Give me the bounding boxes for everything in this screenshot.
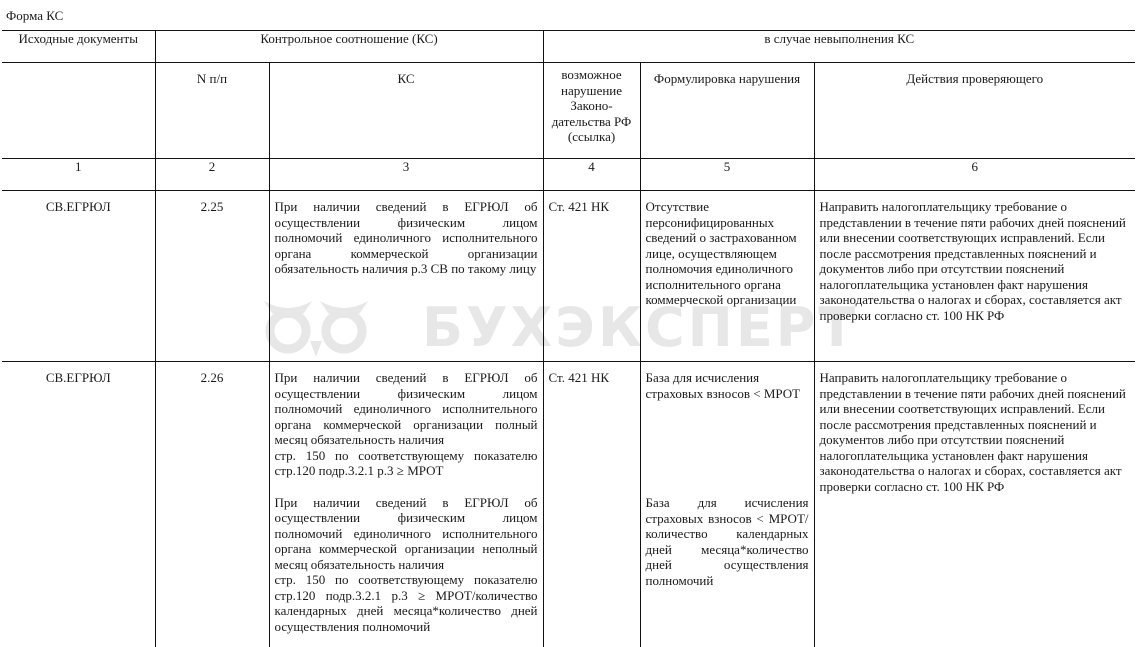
source-text: СВ.ЕГРЮЛ xyxy=(2,362,155,386)
ks-text: При наличии сведений в ЕГРЮЛ об осуществ… xyxy=(270,191,543,277)
ks-text-block: При наличии сведений в ЕГРЮЛ об осуществ… xyxy=(270,362,543,634)
header-actions-label: Действия проверяющего xyxy=(815,63,1136,87)
formulation-text: Отсутствие персонифицированных сведений … xyxy=(641,191,814,308)
spacer xyxy=(275,479,538,495)
violation-text: Ст. 421 НК xyxy=(544,191,640,215)
column-number: 5 xyxy=(640,159,814,191)
formulation-cell: База для исчисления страховых взносов < … xyxy=(640,362,814,647)
violation-cell: Ст. 421 НК xyxy=(543,362,640,647)
header-if-not-fulfilled: в случае невыполнения КС xyxy=(543,31,1135,63)
control-ratio-table: Исходные документы Контрольное соотношен… xyxy=(2,30,1135,647)
ks-text: При наличии сведений в ЕГРЮЛ об осуществ… xyxy=(275,370,538,448)
violation-text: Ст. 421 НК xyxy=(544,362,640,386)
source-text: СВ.ЕГРЮЛ xyxy=(2,191,155,215)
header-formulation-label: Формулировка нарушения xyxy=(641,63,814,87)
source-cell: СВ.ЕГРЮЛ xyxy=(2,362,155,647)
header-ks: КС xyxy=(269,63,543,159)
n-text: 2.26 xyxy=(156,362,269,386)
table-row: СВ.ЕГРЮЛ 2.26 При наличии сведений в ЕГР… xyxy=(2,362,1135,647)
formulation-text: База для исчисления страховых взносов < … xyxy=(646,370,809,401)
source-cell: СВ.ЕГРЮЛ xyxy=(2,191,155,362)
header-violation-label: возможное нарушение Законо-дательства РФ… xyxy=(544,63,640,145)
column-number: 1 xyxy=(2,159,155,191)
header-n-label: N п/п xyxy=(156,63,269,87)
formulation-block: База для исчисления страховых взносов < … xyxy=(641,362,814,588)
header-ks-label: КС xyxy=(270,63,543,87)
ks-formula: стр. 150 по соответствующему показателю … xyxy=(275,572,538,634)
header-formulation: Формулировка нарушения xyxy=(640,63,814,159)
header-control-ratio: Контрольное соотношение (КС) xyxy=(155,31,543,63)
header-empty-cell xyxy=(2,63,155,159)
formulation-cell: Отсутствие персонифицированных сведений … xyxy=(640,191,814,362)
header-row-group: Исходные документы Контрольное соотношен… xyxy=(2,31,1135,63)
header-source-documents: Исходные документы xyxy=(2,31,155,63)
actions-text: Направить налогоплательщику требование о… xyxy=(815,191,1136,323)
ks-formula: стр. 150 по соответствующему показателю … xyxy=(275,448,538,479)
table-row: СВ.ЕГРЮЛ 2.25 При наличии сведений в ЕГР… xyxy=(2,191,1135,362)
spacer xyxy=(646,401,809,495)
n-cell: 2.25 xyxy=(155,191,269,362)
ks-cell: При наличии сведений в ЕГРЮЛ об осуществ… xyxy=(269,362,543,647)
header-violation: возможное нарушение Законо-дательства РФ… xyxy=(543,63,640,159)
n-cell: 2.26 xyxy=(155,362,269,647)
actions-text: Направить налогоплательщику требование о… xyxy=(815,362,1136,494)
header-n: N п/п xyxy=(155,63,269,159)
formulation-text: База для исчисления страховых взносов < … xyxy=(646,495,809,588)
header-actions: Действия проверяющего xyxy=(814,63,1135,159)
actions-cell: Направить налогоплательщику требование о… xyxy=(814,362,1135,647)
header-row-columns: N п/п КС возможное нарушение Законо-дате… xyxy=(2,63,1135,159)
column-numbers-row: 1 2 3 4 5 6 xyxy=(2,159,1135,191)
ks-cell: При наличии сведений в ЕГРЮЛ об осуществ… xyxy=(269,191,543,362)
column-number: 3 xyxy=(269,159,543,191)
column-number: 6 xyxy=(814,159,1135,191)
violation-cell: Ст. 421 НК xyxy=(543,191,640,362)
column-number: 4 xyxy=(543,159,640,191)
form-caption: Форма КС xyxy=(6,8,63,24)
ks-text: При наличии сведений в ЕГРЮЛ об осуществ… xyxy=(275,495,538,573)
n-text: 2.25 xyxy=(156,191,269,215)
column-number: 2 xyxy=(155,159,269,191)
actions-cell: Направить налогоплательщику требование о… xyxy=(814,191,1135,362)
